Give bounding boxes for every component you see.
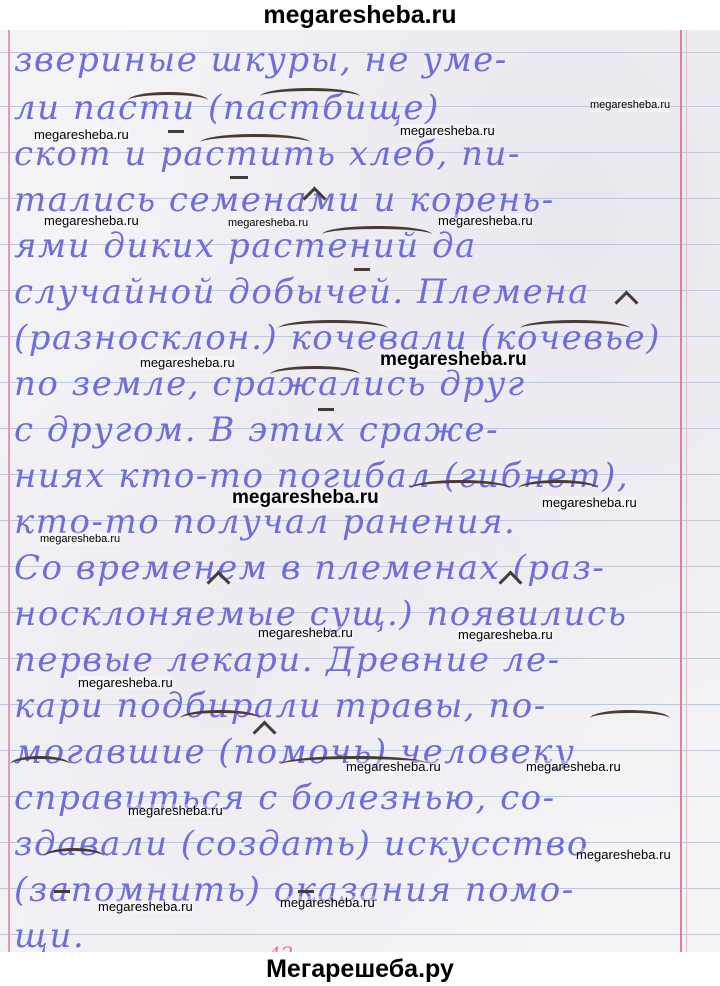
handwritten-line: щи. bbox=[14, 916, 678, 952]
watermark: megaresheba.ru bbox=[542, 496, 637, 510]
watermark: megaresheba.ru bbox=[228, 216, 308, 230]
root-arc-mark bbox=[200, 134, 310, 151]
watermark: megaresheba.ru bbox=[232, 488, 379, 508]
notebook-photo: звериные шкуры, не уме- ли пасти (пастби… bbox=[0, 30, 720, 952]
underline-mark bbox=[168, 130, 184, 133]
watermark: megaresheba.ru bbox=[380, 350, 527, 370]
site-footer: Мегарешеба.ру bbox=[0, 952, 720, 986]
site-header: megaresheba.ru bbox=[0, 0, 720, 30]
underline-mark bbox=[54, 890, 70, 893]
root-arc-mark bbox=[520, 320, 630, 337]
watermark: megaresheba.ru bbox=[526, 760, 621, 774]
watermark: megaresheba.ru bbox=[98, 900, 193, 914]
root-arc-mark bbox=[322, 226, 432, 243]
left-margin-line bbox=[8, 30, 10, 952]
site-title: megaresheba.ru bbox=[263, 1, 456, 29]
root-arc-mark bbox=[278, 320, 388, 337]
page-number-mark: 42 bbox=[268, 942, 293, 952]
watermark: megaresheba.ru bbox=[400, 124, 495, 138]
handwritten-line: справиться с болезнью, со- bbox=[14, 778, 678, 818]
root-arc-mark bbox=[128, 92, 208, 109]
underline-mark bbox=[318, 408, 334, 411]
watermark: megaresheba.ru bbox=[590, 98, 670, 112]
watermark: megaresheba.ru bbox=[458, 628, 553, 642]
watermark: megaresheba.ru bbox=[128, 804, 223, 818]
handwritten-line: случайной добычей. Племена bbox=[14, 272, 678, 312]
watermark: megaresheba.ru bbox=[280, 896, 375, 910]
watermark: megaresheba.ru bbox=[34, 128, 129, 142]
watermark: megaresheba.ru bbox=[140, 356, 235, 370]
watermark: megaresheba.ru bbox=[44, 214, 139, 228]
handwritten-line: с другом. В этих сраже- bbox=[14, 410, 678, 450]
handwritten-line: первые лекари. Древние ле- bbox=[14, 640, 678, 680]
watermark: megaresheba.ru bbox=[576, 848, 671, 862]
root-arc-mark bbox=[590, 710, 670, 727]
handwritten-line: кари подбирали травы, по- bbox=[14, 686, 678, 726]
root-arc-mark bbox=[44, 848, 104, 865]
underline-mark bbox=[230, 176, 248, 179]
root-arc-mark bbox=[10, 756, 70, 773]
watermark: megaresheba.ru bbox=[258, 626, 353, 640]
underline-mark bbox=[354, 268, 370, 271]
right-margin-line bbox=[680, 30, 682, 952]
root-arc-mark bbox=[410, 480, 510, 497]
right-margin-line-secondary bbox=[686, 30, 687, 952]
watermark: megaresheba.ru bbox=[438, 214, 533, 228]
root-arc-mark bbox=[260, 88, 360, 105]
root-arc-mark bbox=[270, 366, 360, 383]
underline-mark bbox=[298, 890, 314, 893]
handwritten-line: Со временем в племенах (раз- bbox=[14, 548, 678, 588]
watermark: megaresheba.ru bbox=[346, 760, 441, 774]
site-footer-title: Мегарешеба.ру bbox=[266, 955, 454, 983]
handwritten-line: звериные шкуры, не уме- bbox=[14, 40, 678, 80]
root-arc-mark bbox=[180, 710, 260, 727]
watermark: megaresheba.ru bbox=[78, 676, 173, 690]
watermark: megaresheba.ru bbox=[40, 532, 120, 546]
